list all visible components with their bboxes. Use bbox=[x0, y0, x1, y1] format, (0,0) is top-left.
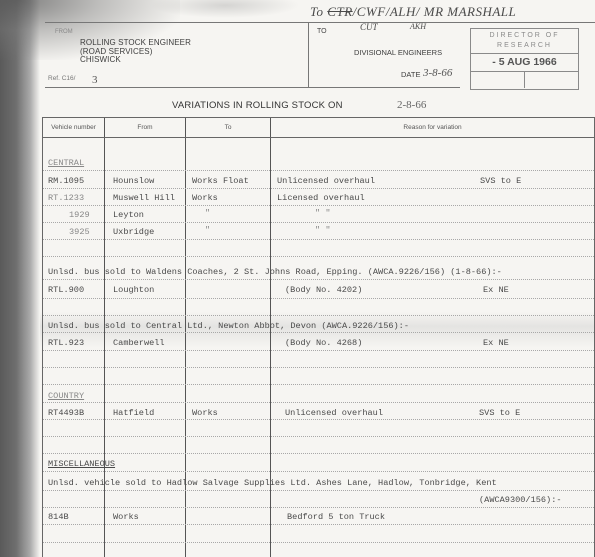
row-rule bbox=[43, 436, 594, 437]
cell-to: " bbox=[205, 208, 210, 218]
ref-label: Ref. C16/ bbox=[48, 75, 75, 82]
cell-reason: " " bbox=[315, 208, 330, 218]
to-label: TO bbox=[317, 28, 327, 35]
cell-vehicle: RM.1095 bbox=[48, 176, 84, 186]
received-stamp: DIRECTOR OF RESEARCH - 5 AUG 1966 bbox=[470, 28, 579, 90]
row-rule bbox=[43, 419, 594, 420]
row-rule bbox=[43, 453, 594, 454]
cell-note: Ex NE bbox=[483, 338, 509, 348]
row-rule bbox=[43, 256, 594, 257]
cell-reason: Licensed overhaul bbox=[277, 193, 365, 203]
header-rule-top bbox=[45, 22, 595, 23]
routing-part: / MR MARSHALL bbox=[416, 4, 516, 19]
row-rule bbox=[43, 350, 594, 351]
column-header-vehicle: Vehicle number bbox=[43, 118, 104, 137]
routing-prefix: To bbox=[310, 4, 324, 19]
row-rule bbox=[43, 239, 594, 240]
sender-block: ROLLING STOCK ENGINEER (ROAD SERVICES) C… bbox=[80, 39, 191, 65]
row-rule bbox=[43, 315, 594, 316]
section-heading-central: CENTRAL bbox=[48, 158, 84, 168]
cell-reason: Unlicensed overhaul bbox=[285, 408, 383, 418]
date-value: 3-8-66 bbox=[423, 67, 452, 79]
cell-vehicle: 3925 bbox=[69, 227, 90, 237]
routing-part: /CWF bbox=[353, 4, 386, 19]
header-rule-bottom bbox=[45, 87, 460, 88]
sale-note-continued: (AWCA9300/156):- bbox=[479, 495, 562, 505]
column-header-from: From bbox=[105, 118, 185, 137]
cell-from: Works bbox=[113, 512, 139, 522]
cell-from: Leyton bbox=[113, 210, 144, 220]
row-rule bbox=[43, 279, 594, 280]
cell-vehicle: RT.1233 bbox=[48, 193, 84, 203]
cell-from: Hounslow bbox=[113, 176, 154, 186]
recipient: DIVISIONAL ENGINEERS bbox=[354, 48, 442, 57]
row-rule bbox=[43, 490, 594, 491]
ref-number: 3 bbox=[92, 74, 98, 86]
cell-to: Works bbox=[192, 193, 218, 203]
cell-reason: (Body No. 4268) bbox=[285, 338, 362, 348]
stamp-heading: DIRECTOR OF RESEARCH bbox=[471, 29, 578, 54]
title-date: 2-8-66 bbox=[397, 99, 426, 111]
column-divider bbox=[185, 118, 186, 557]
cell-vehicle: 814B bbox=[48, 512, 69, 522]
handwritten-initials: AKH bbox=[410, 22, 426, 31]
cell-from: Camberwell bbox=[113, 338, 165, 348]
sale-note: Unlsd. bus sold to Waldens Coaches, 2 St… bbox=[48, 267, 502, 277]
cell-to: Works bbox=[192, 408, 218, 418]
row-rule bbox=[43, 524, 594, 525]
scanned-document: FROM ROLLING STOCK ENGINEER (ROAD SERVIC… bbox=[0, 0, 595, 557]
row-rule bbox=[43, 332, 594, 333]
cell-from: Uxbridge bbox=[113, 227, 154, 237]
cell-note: Ex NE bbox=[483, 285, 509, 295]
column-divider bbox=[270, 118, 271, 557]
row-rule bbox=[43, 542, 594, 543]
cell-note: SVS to E bbox=[480, 176, 521, 186]
routing-struck: CTR bbox=[327, 4, 352, 19]
routing-part: /ALH bbox=[386, 4, 416, 19]
column-header-to: To bbox=[186, 118, 270, 137]
cell-to: Works Float bbox=[192, 176, 249, 186]
cell-from: Hatfield bbox=[113, 408, 154, 418]
cell-reason: (Body No. 4202) bbox=[285, 285, 362, 295]
variations-table: Vehicle number From To Reason for variat… bbox=[42, 117, 595, 557]
cell-vehicle: RTL.923 bbox=[48, 338, 84, 348]
cell-reason: Bedford 5 ton Truck bbox=[287, 512, 385, 522]
cell-from: Muswell Hill bbox=[113, 193, 175, 203]
row-rule bbox=[43, 471, 594, 472]
cell-note: SVS to E bbox=[479, 408, 520, 418]
header-divider bbox=[308, 22, 309, 87]
scan-edge-shadow bbox=[0, 0, 40, 557]
row-rule bbox=[43, 367, 594, 368]
stamp-date: - 5 AUG 1966 bbox=[471, 54, 578, 72]
row-rule bbox=[43, 170, 594, 171]
cell-to: " bbox=[205, 225, 210, 235]
cell-vehicle: RT4493B bbox=[48, 408, 84, 418]
sale-note: Unlsd. bus sold to Central Ltd., Newton … bbox=[48, 321, 409, 331]
cell-vehicle: RTL.900 bbox=[48, 285, 84, 295]
cell-from: Loughton bbox=[113, 285, 154, 295]
row-rule bbox=[43, 507, 594, 508]
cell-vehicle: 1929 bbox=[69, 210, 90, 220]
cell-reason: Unlicensed overhaul bbox=[277, 176, 375, 186]
cell-reason: " " bbox=[315, 225, 330, 235]
sale-note: Unlsd. vehicle sold to Hadlow Salvage Su… bbox=[48, 478, 497, 488]
stamp-line: RESEARCH bbox=[471, 41, 578, 51]
section-heading-miscellaneous: MISCELLANEOUS bbox=[48, 459, 115, 469]
row-rule bbox=[43, 205, 594, 206]
row-rule bbox=[43, 402, 594, 403]
table-header: Vehicle number From To Reason for variat… bbox=[43, 118, 594, 138]
handwritten-routing: To CTR/CWF/ALH/ MR MARSHALL bbox=[310, 4, 516, 20]
document-title: VARIATIONS IN ROLLING STOCK ON bbox=[172, 100, 343, 111]
date-label: DATE bbox=[401, 70, 420, 79]
row-rule bbox=[43, 298, 594, 299]
column-header-reason: Reason for variation bbox=[271, 118, 594, 137]
row-rule bbox=[43, 188, 594, 189]
stamp-boxes bbox=[471, 72, 578, 88]
scan-smudge bbox=[150, 0, 300, 18]
column-divider bbox=[104, 118, 105, 557]
row-rule bbox=[43, 222, 594, 223]
stamp-line: DIRECTOR OF bbox=[471, 31, 578, 41]
handwritten-initials: CUT bbox=[360, 22, 378, 32]
row-rule bbox=[43, 384, 594, 385]
sender-line: CHISWICK bbox=[80, 56, 191, 65]
from-label: FROM bbox=[55, 29, 73, 35]
section-heading-country: COUNTRY bbox=[48, 391, 84, 401]
